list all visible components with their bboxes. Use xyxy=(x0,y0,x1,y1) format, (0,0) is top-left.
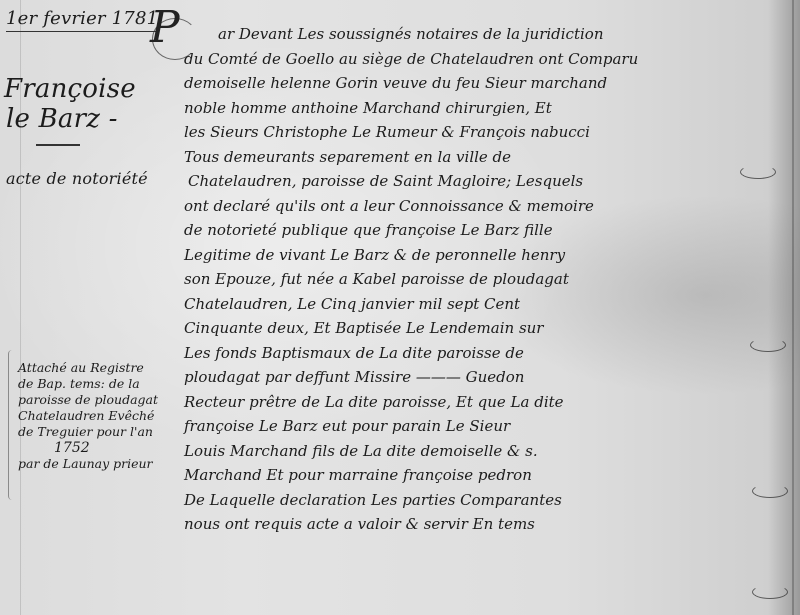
margin-note-line: de Treguier pour l'an xyxy=(18,424,158,440)
margin-note-line: paroisse de ploudagat xyxy=(18,392,158,408)
margin-registry-note: Attaché au Registre de Bap. tems: de la … xyxy=(18,360,158,472)
body-line: Legitime de vivant Le Barz & de peronnel… xyxy=(184,243,638,268)
margin-name-first: Françoise xyxy=(4,74,136,104)
margin-name-surname: le Barz - xyxy=(6,104,118,134)
body-line: ar Devant Les soussignés notaires de la … xyxy=(184,22,638,47)
body-line: Louis Marchand fils de La dite demoisell… xyxy=(184,439,638,464)
margin-note-year: 1752 xyxy=(18,440,158,456)
surname-underline xyxy=(36,144,80,146)
margin-note-line: de Bap. tems: de la xyxy=(18,376,158,392)
margin-note-line: par de Launay prieur xyxy=(18,456,158,472)
margin-bracket xyxy=(8,350,17,500)
body-line: Les fonds Baptismaux de La dite paroisse… xyxy=(184,341,638,366)
dropcap-letter: P xyxy=(150,2,180,53)
body-line: Cinquante deux, Et Baptisée Le Lendemain… xyxy=(184,316,638,341)
body-line: françoise Le Barz eut pour parain Le Sie… xyxy=(184,414,638,439)
document-body: ar Devant Les soussignés notaires de la … xyxy=(184,22,638,537)
body-line: du Comté de Goello au siège de Chatelaud… xyxy=(184,47,638,72)
margin-surname-text: le Barz - xyxy=(6,104,118,134)
line-end-flourish xyxy=(750,338,786,352)
body-line: de notorieté publique que françoise Le B… xyxy=(184,218,638,243)
body-line: demoiselle helenne Gorin veuve du feu Si… xyxy=(184,71,638,96)
document-scan: 1er fevrier 1781 Françoise le Barz - act… xyxy=(0,0,800,615)
body-line: nous ont requis acte a valoir & servir E… xyxy=(184,512,638,537)
body-line: Chatelaudren, paroisse de Saint Magloire… xyxy=(184,169,638,194)
body-line: De Laquelle declaration Les parties Comp… xyxy=(184,488,638,513)
body-line: ploudagat par deffunt Missire ——— Guedon xyxy=(184,365,638,390)
body-line: noble homme anthoine Marchand chirurgien… xyxy=(184,96,638,121)
line-end-flourish xyxy=(752,585,788,599)
body-line: son Epouze, fut née a Kabel paroisse de … xyxy=(184,267,638,292)
margin-note-line: Chatelaudren Evêché xyxy=(18,408,158,424)
body-line: Recteur prêtre de La dite paroisse, Et q… xyxy=(184,390,638,415)
margin-act-title: acte de notoriété xyxy=(6,169,148,188)
body-line: ont declaré qu'ils ont a leur Connoissan… xyxy=(184,194,638,219)
body-line: Tous demeurants separement en la ville d… xyxy=(184,145,638,170)
body-line: Chatelaudren, Le Cinq janvier mil sept C… xyxy=(184,292,638,317)
body-line: les Sieurs Christophe Le Rumeur & Franço… xyxy=(184,120,638,145)
line-end-flourish xyxy=(740,165,776,179)
margin-note-line: Attaché au Registre xyxy=(18,360,158,376)
body-line: Marchand Et pour marraine françoise pedr… xyxy=(184,463,638,488)
line-end-flourish xyxy=(752,484,788,498)
margin-date: 1er fevrier 1781 xyxy=(6,8,158,32)
